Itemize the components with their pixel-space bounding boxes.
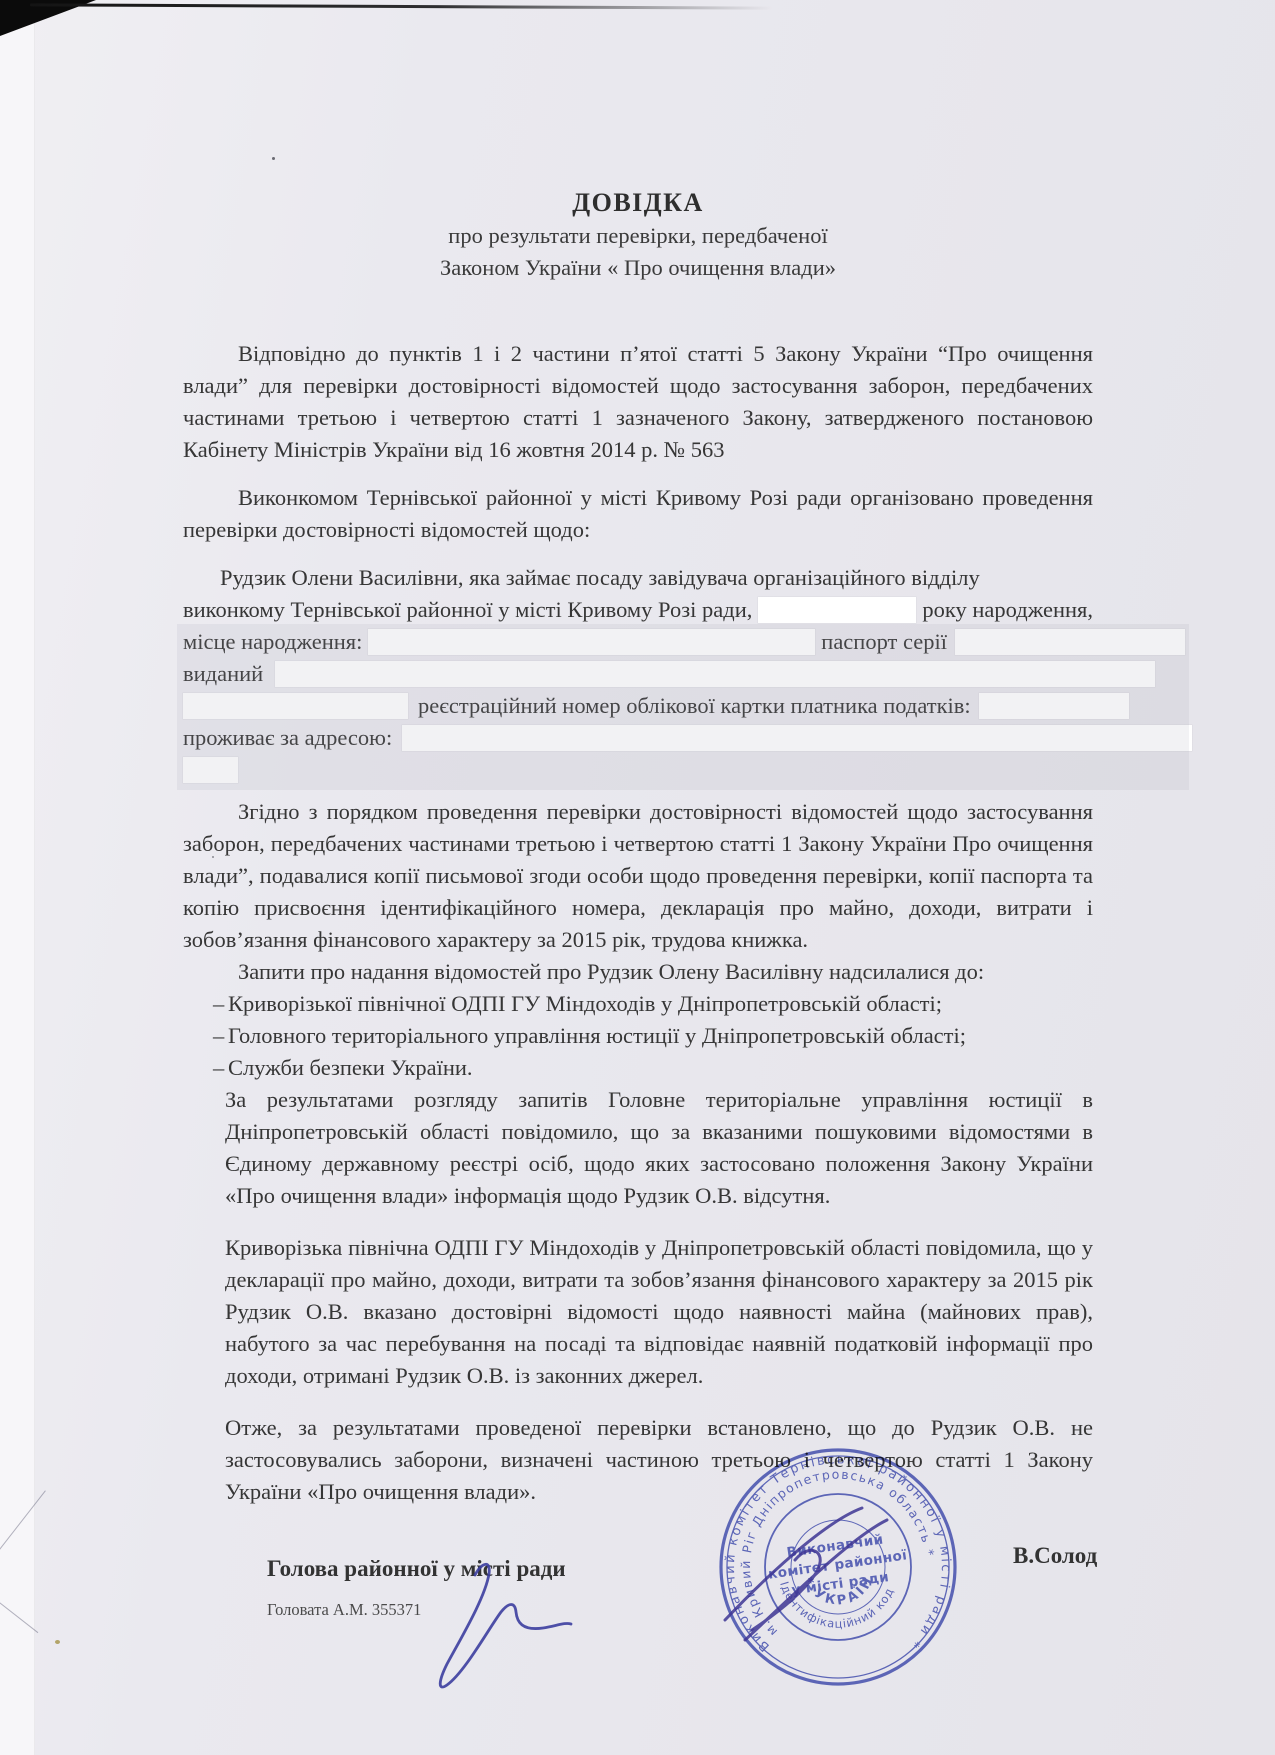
person-details-line: виконкому Тернівської районної у місті К… [183,594,1093,626]
dust-speck [212,856,214,858]
document-header: ДОВІДКА про результати перевірки, передб… [183,186,1093,284]
list-item: – Головного територіального управління ю… [183,1020,1093,1052]
person-details-text: виконкому Тернівської районної у місті К… [183,594,752,626]
handwritten-signature [395,1550,605,1710]
scanned-document-page: ДОВІДКА про результати перевірки, передб… [0,0,1275,1755]
document-subtitle-line2: Законом України « Про очищення влади» [183,252,1093,284]
list-item: – Служби безпеки України. [183,1052,1093,1084]
dust-speck [272,157,275,160]
document-body: Відповідно до пунктів 1 і 2 частини п’ят… [183,338,1093,1508]
person-details-line: Рудзик Олени Василівни, яка займає посад… [183,562,1093,594]
dust-speck [55,1640,60,1644]
person-details-block: Рудзик Олени Василівни, яка займає посад… [183,562,1093,786]
stamp-signature-scribble [700,1468,940,1678]
scan-shading-band [177,624,1189,790]
signatory-name: В.Солод [1013,1543,1097,1569]
scan-edge-strip [0,0,35,1755]
paragraph-legal-basis: Відповідно до пунктів 1 і 2 частини п’ят… [183,338,1093,466]
list-item: – Криворізької північної ОДПІ ГУ Міндохо… [183,988,1093,1020]
paragraph-procedure: Згідно з порядком проведення перевірки д… [183,796,1093,956]
document-subtitle-line1: про результати перевірки, передбаченої [183,220,1093,252]
paragraph-tax-result: Криворізька північна ОДПІ ГУ Міндоходів … [225,1232,1093,1392]
redaction-box-birthdate [758,597,916,623]
request-list: – Криворізької північної ОДПІ ГУ Міндохо… [183,988,1093,1084]
paragraph-organizer: Виконкомом Тернівської районної у місті … [183,482,1093,546]
list-dash: – [183,1052,228,1084]
list-dash: – [183,1020,228,1052]
paragraph-justice-result: За результатами розгляду запитів Головне… [225,1084,1093,1212]
list-dash: – [183,988,228,1020]
person-details-text: року народження, [922,594,1093,626]
scanner-top-line-artifact [30,3,772,9]
paragraph-requests-sent: Запити про надання відомостей про Рудзик… [183,956,1093,988]
document-title: ДОВІДКА [183,186,1093,220]
person-details-text: Рудзик Олени Василівни, яка займає посад… [183,562,980,594]
